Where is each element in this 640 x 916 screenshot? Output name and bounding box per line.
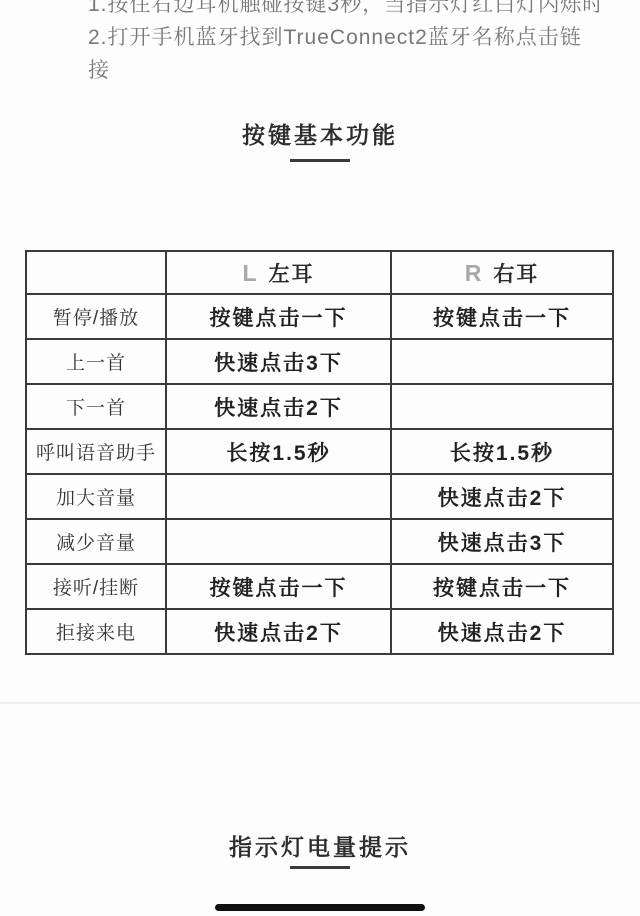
bottom-black-bar xyxy=(215,904,425,911)
right-action-cell: 快速点击2下 xyxy=(391,609,613,654)
table-row: 加大音量 快速点击2下 xyxy=(26,474,613,519)
table-row: 上一首 快速点击3下 xyxy=(26,339,613,384)
function-cell: 暂停/播放 xyxy=(26,294,166,339)
left-action-cell: 快速点击3下 xyxy=(166,339,391,384)
right-action-cell xyxy=(391,384,613,429)
left-action-cell xyxy=(166,519,391,564)
page-divider xyxy=(0,702,640,704)
right-ear-label: 右耳 xyxy=(493,263,539,286)
title-underline xyxy=(290,866,350,869)
table-header-row: L左耳 R右耳 xyxy=(26,251,613,294)
table-row: 减少音量 快速点击3下 xyxy=(26,519,613,564)
right-action-cell: 快速点击2下 xyxy=(391,474,613,519)
table-row: 接听/挂断 按键点击一下 按键点击一下 xyxy=(26,564,613,609)
right-action-cell: 长按1.5秒 xyxy=(391,429,613,474)
button-functions-table: L左耳 R右耳 暂停/播放 按键点击一下 按键点击一下 上一首 快速点击3下 下… xyxy=(25,250,614,655)
left-action-cell: 快速点击2下 xyxy=(166,384,391,429)
left-action-cell: 按键点击一下 xyxy=(166,564,391,609)
section-title-indicator-light: 指示灯电量提示 xyxy=(0,829,640,862)
instruction-line-1: 1.按住右边耳机触碰按键3秒，当指示灯红白灯闪烁时 xyxy=(88,0,613,21)
left-action-cell: 快速点击2下 xyxy=(166,609,391,654)
right-action-cell: 按键点击一下 xyxy=(391,294,613,339)
right-action-cell: 按键点击一下 xyxy=(391,564,613,609)
right-ear-letter: R xyxy=(465,260,482,286)
right-action-cell: 快速点击3下 xyxy=(391,519,613,564)
function-cell: 上一首 xyxy=(26,339,166,384)
title-underline xyxy=(290,159,350,162)
table-row: 呼叫语音助手 长按1.5秒 长按1.5秒 xyxy=(26,429,613,474)
left-action-cell: 长按1.5秒 xyxy=(166,429,391,474)
function-cell: 减少音量 xyxy=(26,519,166,564)
manual-page: 1.按住右边耳机触碰按键3秒，当指示灯红白灯闪烁时 2.打开手机蓝牙找到True… xyxy=(0,0,640,916)
table-row: 暂停/播放 按键点击一下 按键点击一下 xyxy=(26,294,613,339)
function-cell: 拒接来电 xyxy=(26,609,166,654)
header-right-ear: R右耳 xyxy=(391,251,613,294)
instruction-line-2: 2.打开手机蓝牙找到TrueConnect2蓝牙名称点击链 xyxy=(88,21,613,54)
section-title-button-functions: 按键基本功能 xyxy=(0,117,640,150)
function-cell: 下一首 xyxy=(26,384,166,429)
pairing-instructions: 1.按住右边耳机触碰按键3秒，当指示灯红白灯闪烁时 2.打开手机蓝牙找到True… xyxy=(88,0,613,87)
function-cell: 呼叫语音助手 xyxy=(26,429,166,474)
left-action-cell xyxy=(166,474,391,519)
right-action-cell xyxy=(391,339,613,384)
function-cell: 加大音量 xyxy=(26,474,166,519)
instruction-line-3: 接 xyxy=(88,54,613,87)
table-row: 拒接来电 快速点击2下 快速点击2下 xyxy=(26,609,613,654)
left-ear-letter: L xyxy=(242,260,256,286)
table-row: 下一首 快速点击2下 xyxy=(26,384,613,429)
function-cell: 接听/挂断 xyxy=(26,564,166,609)
header-left-ear: L左耳 xyxy=(166,251,391,294)
left-action-cell: 按键点击一下 xyxy=(166,294,391,339)
left-ear-label: 左耳 xyxy=(269,263,315,286)
header-corner-cell xyxy=(26,251,166,294)
